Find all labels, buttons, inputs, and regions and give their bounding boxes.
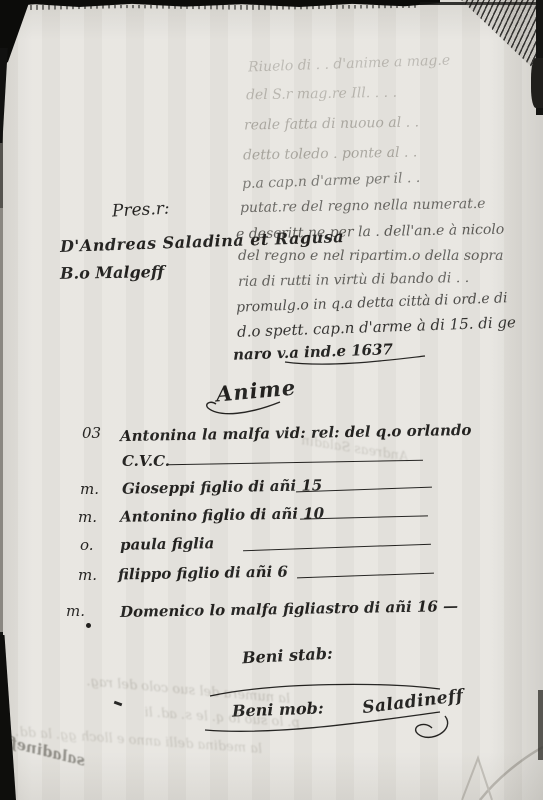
top-right-corner-sketch bbox=[450, 0, 543, 82]
row-marker: 03 bbox=[82, 424, 101, 442]
anime-underline-flourish bbox=[200, 398, 295, 420]
row-marker: o. bbox=[80, 536, 94, 554]
row-rule bbox=[168, 460, 423, 465]
paragraph-line: putat.re del regno nella numerat.e bbox=[240, 196, 486, 216]
row-marker: m. bbox=[78, 566, 97, 584]
row-marker: m. bbox=[78, 508, 97, 526]
row-marker: m. bbox=[66, 602, 85, 620]
row-rule bbox=[243, 544, 431, 552]
paragraph-line: promulg.o in q.a detta città di ord.e di bbox=[236, 290, 508, 315]
ink-dot bbox=[86, 623, 91, 628]
right-edge-lower-marks bbox=[538, 690, 543, 760]
manuscript-page: Riuelo di . . d'anime a mag.e del S.r ma… bbox=[0, 0, 543, 800]
row-marker: m. bbox=[80, 480, 99, 498]
row-name: Gioseppi figlio di añi 15 bbox=[122, 476, 323, 497]
paragraph-line: d.o spett. cap.n d'arme à di 15. di ge bbox=[237, 313, 516, 341]
paragraph-line: reale fatta di nuouo al . . bbox=[244, 114, 419, 133]
paragraph-line: del S.r mag.re Ill. . . . bbox=[246, 85, 397, 104]
left-mid-wedge bbox=[0, 48, 13, 143]
paragraph-line: Riuelo di . . d'anime a mag.e bbox=[248, 52, 451, 75]
row-rule bbox=[297, 573, 434, 579]
beni-stabili-label: Beni stab: bbox=[242, 644, 334, 668]
row-name: C.V.C. bbox=[122, 452, 170, 470]
presentation-label: Pres.r: bbox=[112, 199, 171, 222]
declarant-title: B.o Malgeff bbox=[60, 262, 164, 283]
beni-mobili-underline bbox=[200, 706, 445, 736]
top-edge-hatch bbox=[0, 5, 420, 12]
row-name: Domenico lo malfa figliastro di añi 16 — bbox=[120, 597, 458, 621]
paragraph-line: del regno e nel ripartim.o della sopra bbox=[238, 248, 503, 264]
paragraph-line: p.a cap.n d'arme per il . . bbox=[242, 170, 421, 192]
paragraph-line: ria di rutti in virtù di bando di . . bbox=[238, 270, 469, 290]
bottom-left-wedge bbox=[0, 635, 16, 800]
ink-speck bbox=[114, 701, 123, 707]
row-name: filippo figlio di añi 6 bbox=[118, 563, 288, 584]
date-underline-flourish bbox=[280, 352, 430, 370]
right-edge-blob bbox=[531, 58, 543, 108]
paragraph-line: detto toledo . ponte al . . bbox=[243, 144, 418, 163]
row-name: Antonino figlio di añi 10 bbox=[120, 504, 324, 526]
row-name: Antonina la malfa vid: rel: del q.o orla… bbox=[120, 421, 472, 445]
row-name: paula figlia bbox=[120, 534, 215, 554]
